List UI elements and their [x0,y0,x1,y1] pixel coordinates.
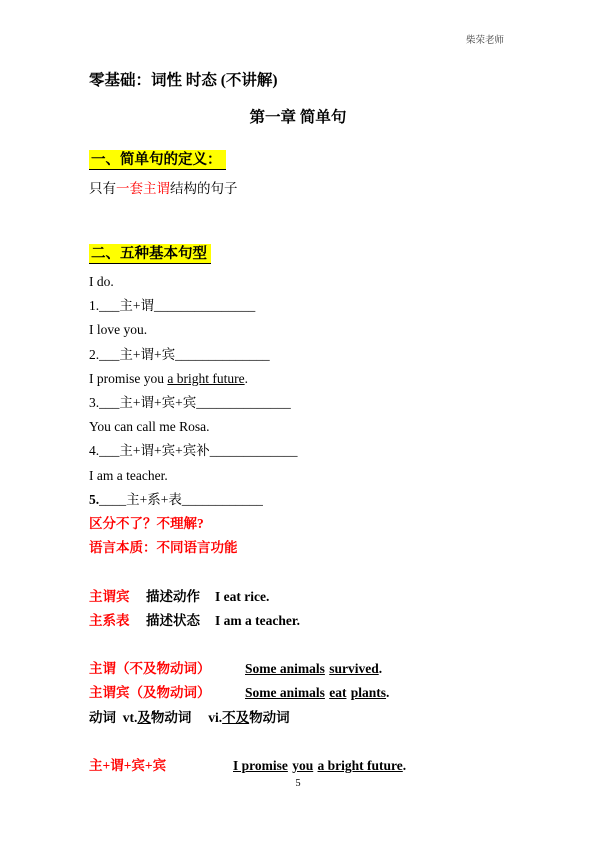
chapter-title: 第一章 简单句 [89,106,507,129]
document-content: 零基础：词性 时态 (不讲解) 第一章 简单句 一、简单句的定义： 只有一套主谓… [0,70,596,778]
verb-row-2-subject: Some animals [245,685,325,700]
section1-heading: 一、简单句的定义： [89,150,226,170]
page-number: 5 [0,778,596,789]
definition-text-pre: 只有 [89,181,116,196]
example-sentence-1: I do. [89,270,507,294]
verb-note-mid: 物动词 vi. [151,710,222,725]
example-sentence-2: I love you. [89,318,507,342]
verb-note-pre: 动词 vt. [89,710,137,725]
example-sentence-5: I am a teacher. [89,464,507,488]
pattern-5-number: 5. [89,492,99,507]
function-1-desc: 描述动作 [146,585,215,609]
definition-text-post: 结构的句子 [170,181,238,196]
pattern-line-4: 4.___主+谓+宾+宾补_____________ [89,439,507,463]
verb-type-row-1: 主谓（不及物动词）Some animalssurvived. [89,657,507,681]
final-example-part-3: a bright future [318,758,403,773]
final-pattern-row: 主+谓+宾+宾I promiseyoua bright future. [89,754,507,778]
function-1-label: 主谓宾 [89,585,146,609]
function-1-example: I eat rice. [215,589,269,604]
pattern-line-1: 1.___主+谓_______________ [89,294,507,318]
verb-row-2-period: . [386,685,389,700]
pattern-line-3: 3.___主+谓+宾+宾______________ [89,391,507,415]
example-sentence-4: You can call me Rosa. [89,415,507,439]
verb-note-underline-1: 及 [137,710,151,725]
verb-row-1-label: 主谓（不及物动词） [89,657,245,681]
function-2-example: I am a teacher. [215,613,300,628]
verb-row-2-verb: eat [329,685,346,700]
example-3-underlined: a bright future [167,371,244,386]
final-example-part-1: I promise [233,758,288,773]
definition-line: 只有一套主谓结构的句子 [89,178,507,200]
function-2-desc: 描述状态 [146,609,215,633]
verb-row-1-example: Some animalssurvived. [245,661,382,676]
question-line-2: 语言本质：不同语言功能 [89,536,507,560]
blank-line [89,633,507,657]
verb-note-underline-2: 不及 [222,710,249,725]
verb-type-row-2: 主谓宾（及物动词）Some animalseatplants. [89,681,507,705]
verb-row-2-object: plants [351,685,386,700]
verb-row-1-period: . [379,661,382,676]
sentence-patterns: I do. 1.___主+谓_______________ I love you… [89,270,507,778]
final-example-part-2: you [292,758,313,773]
verb-row-1-verb: survived [329,661,379,676]
example-sentence-3: I promise you a bright future. [89,367,507,391]
pattern-line-2: 2.___主+谓+宾______________ [89,343,507,367]
example-3-pre: I promise you [89,371,167,386]
author-name: 柴荣老师 [466,32,504,46]
definition-red-phrase: 一套主谓 [116,181,170,196]
blank-line [89,730,507,754]
question-line-1: 区分不了？不理解? [89,512,507,536]
function-2-label: 主系表 [89,609,146,633]
final-example-period: . [403,758,406,773]
verb-row-1-subject: Some animals [245,661,325,676]
pattern-5-body: ____主+系+表____________ [99,492,263,507]
final-pattern-example: I promiseyoua bright future. [233,758,406,773]
document-page: 柴荣老师 零基础：词性 时态 (不讲解) 第一章 简单句 一、简单句的定义： 只… [0,0,596,842]
blank-line [89,560,507,584]
example-3-post: . [245,371,248,386]
section1-heading-row: 一、简单句的定义： [89,150,507,171]
section2-heading: 二、五种基本句型 [89,244,211,264]
function-row-1: 主谓宾描述动作I eat rice. [89,585,507,609]
verb-row-2-label: 主谓宾（及物动词） [89,681,245,705]
final-pattern-label: 主+谓+宾+宾 [89,754,233,778]
doc-title: 零基础：词性 时态 (不讲解) [89,70,507,92]
verb-row-2-example: Some animalseatplants. [245,685,389,700]
section2-heading-row: 二、五种基本句型 [89,244,507,265]
verb-note-end: 物动词 [249,710,290,725]
function-row-2: 主系表描述状态I am a teacher. [89,609,507,633]
verb-note-row: 动词 vt.及物动词 vi.不及物动词 [89,706,507,730]
pattern-line-5: 5.____主+系+表____________ [89,488,507,512]
